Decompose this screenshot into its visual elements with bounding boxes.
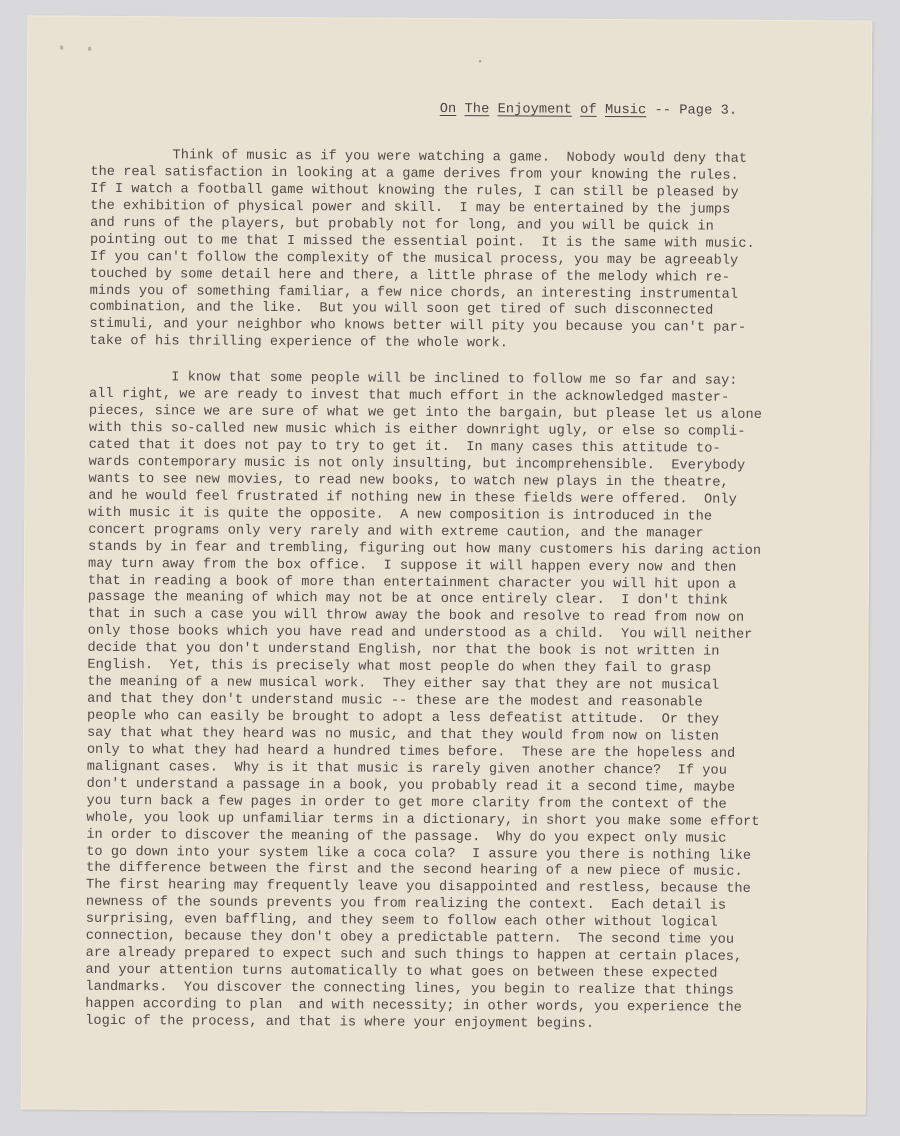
header-title-word: Enjoyment [498, 102, 572, 117]
header-separator: -- [646, 103, 679, 118]
paper-speck [60, 46, 63, 50]
paragraph-2: I know that some people will be inclined… [85, 370, 789, 1035]
paper-speck [88, 47, 91, 51]
page-header: On The Enjoyment of Music -- Page 3. [440, 102, 737, 119]
paper-speck [479, 60, 481, 62]
body-text: Think of music as if you were watching a… [85, 148, 790, 1035]
paragraph-1: Think of music as if you were watching a… [89, 148, 790, 356]
typewritten-page: On The Enjoyment of Music -- Page 3. Thi… [21, 15, 873, 1114]
page-number: Page 3. [679, 103, 737, 118]
header-title-word: of [580, 103, 597, 118]
header-title-word: The [465, 102, 490, 117]
header-title-word: On [440, 102, 457, 117]
header-title-word: Music [605, 103, 646, 118]
